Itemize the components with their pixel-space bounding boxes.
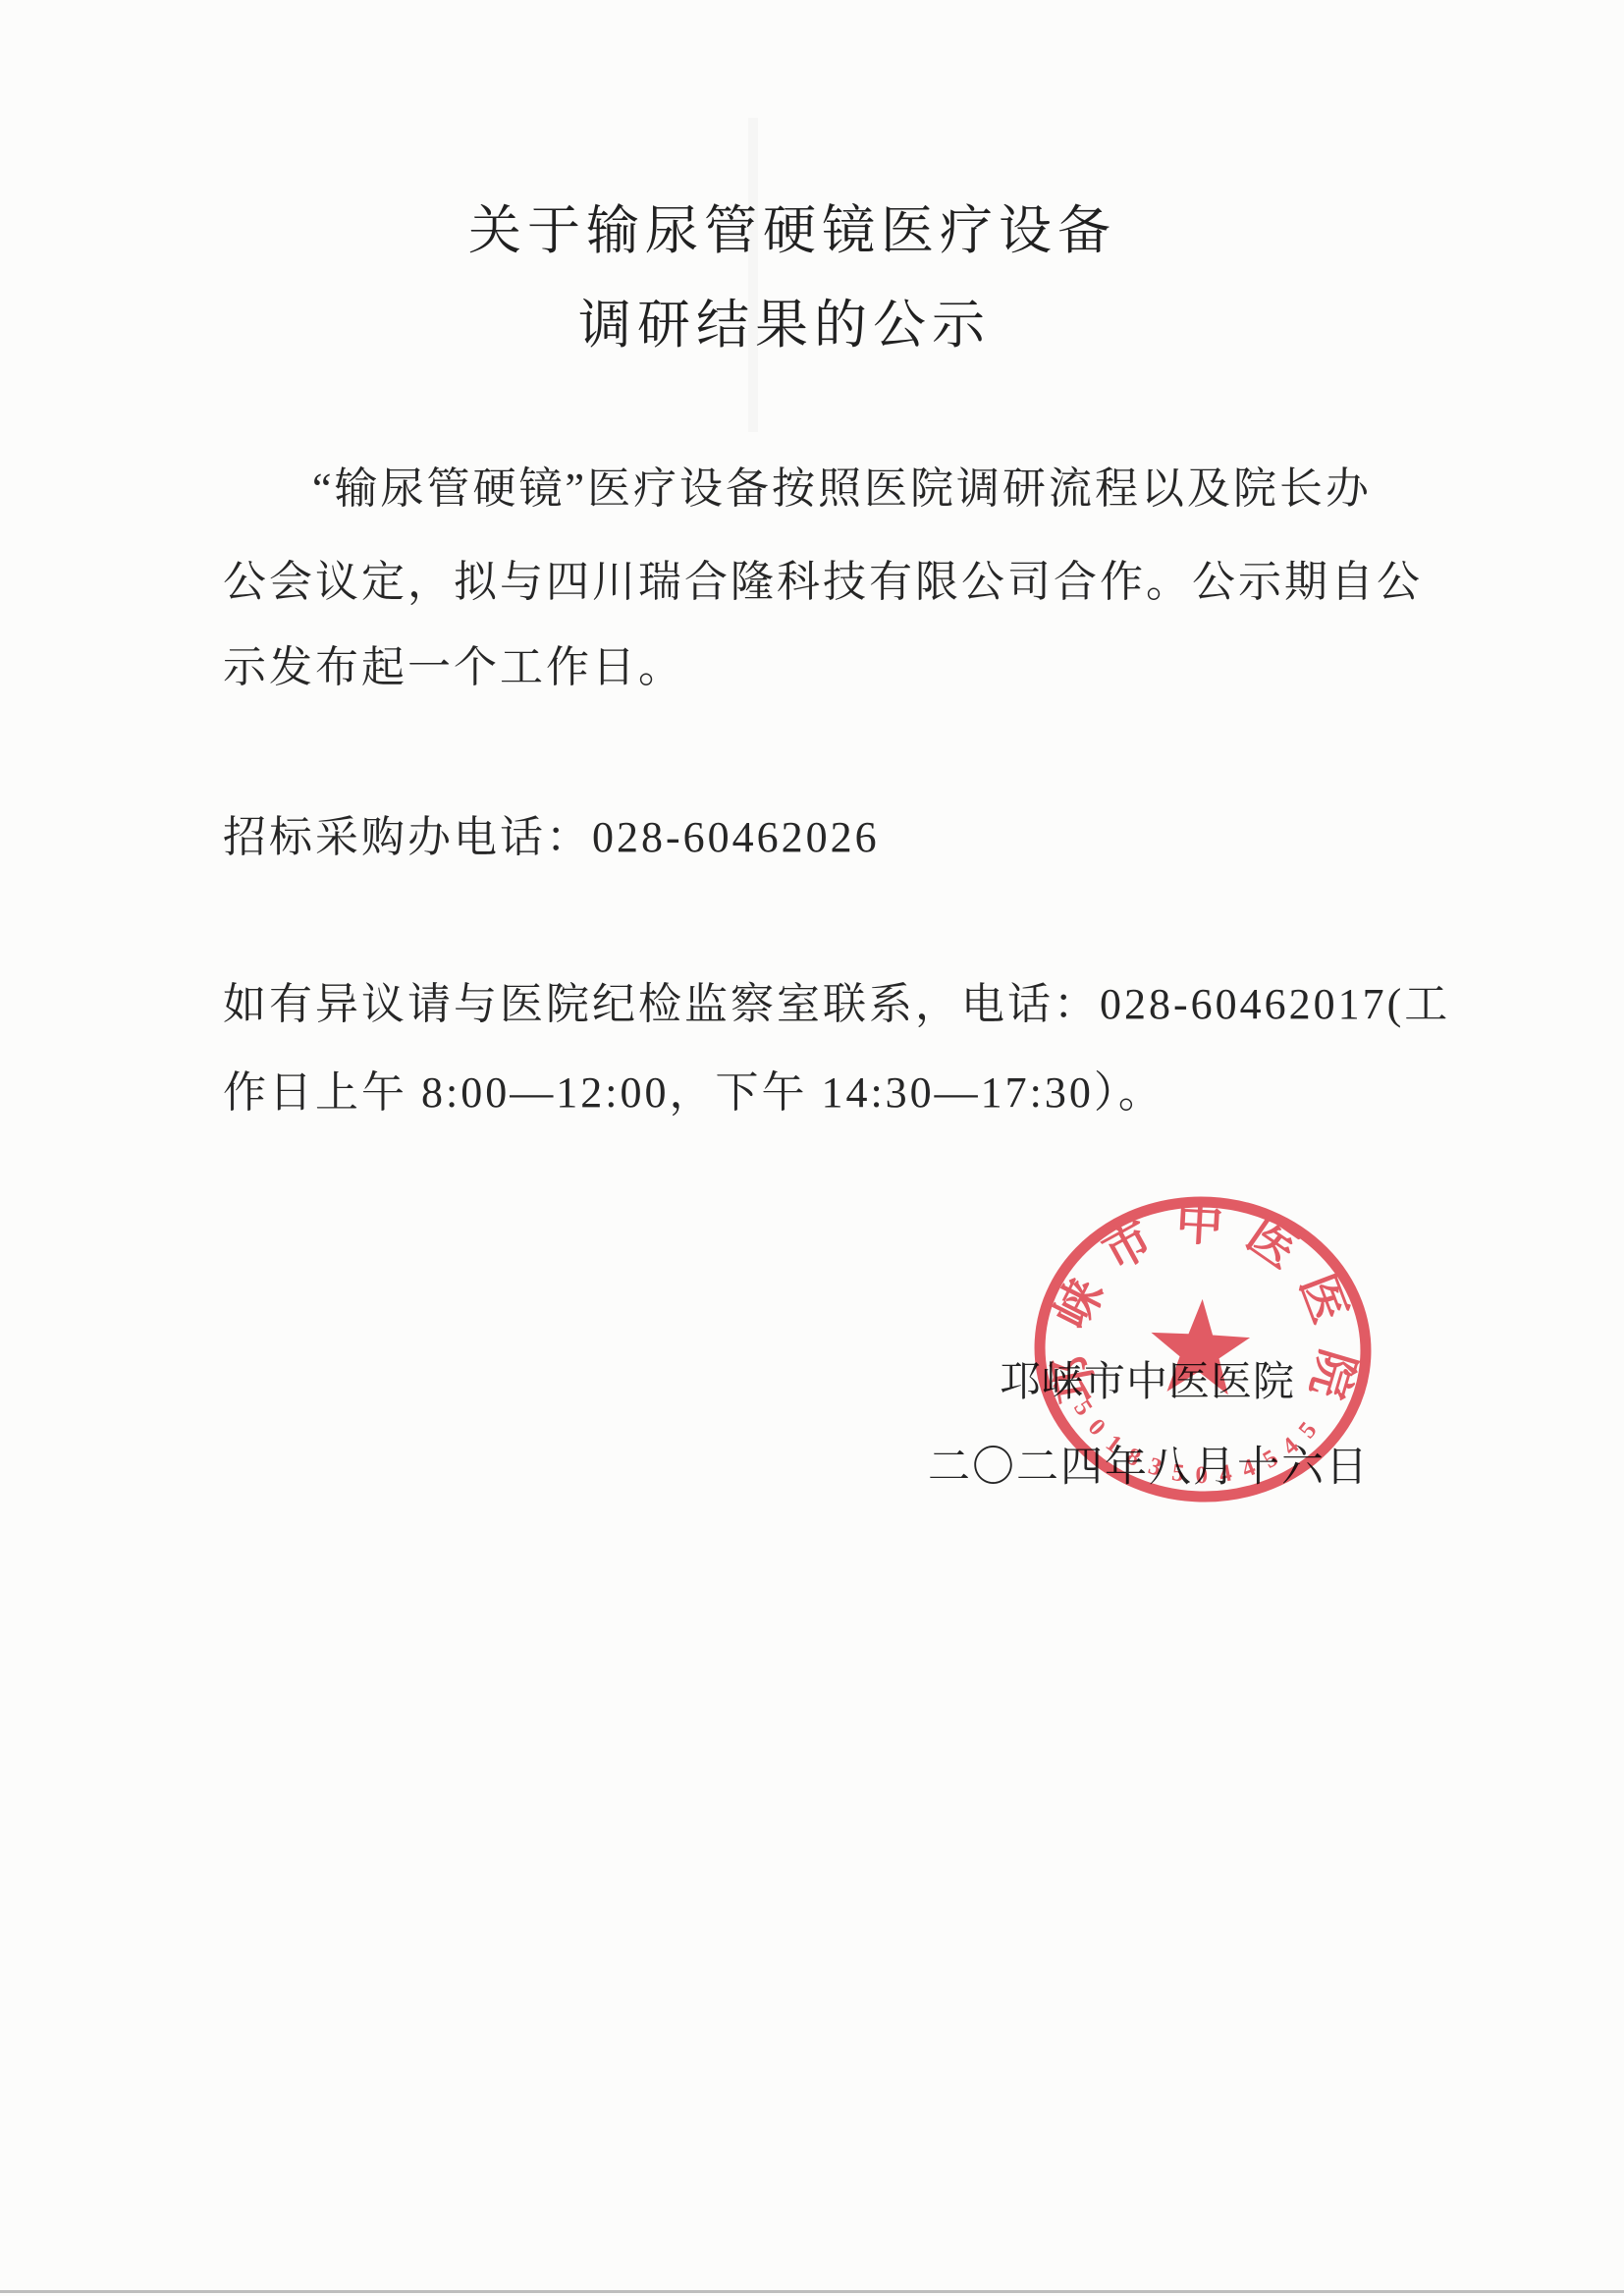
objection-contact-line-2: 作日上午 8:00—12:00，下午 14:30—17:30）。: [223, 1069, 1164, 1117]
notice-document-page: 关于输尿管硬镜医疗设备 调研结果的公示 “输尿管硬镜”医疗设备按照医院调研流程以…: [0, 0, 1624, 2296]
paragraph-line-3: 示发布起一个工作日。: [223, 644, 684, 691]
procurement-phone-line: 招标采购办电话：028-60462026: [223, 814, 880, 861]
signature-organization: 邛崃市中医医院: [1000, 1360, 1295, 1405]
signature-date: 二〇二四年八月十六日: [928, 1445, 1370, 1492]
document-title-line-2: 调研结果的公示: [578, 297, 991, 354]
paragraph-line-2: 公会议定，拟与四川瑞合隆科技有限公司合作。公示期自公: [223, 559, 1423, 606]
paragraph-line-1: “输尿管硬镜”医疗设备按照医院调研流程以及院长办: [312, 465, 1372, 513]
scan-artifact-line: [748, 118, 758, 432]
document-title-line-1: 关于输尿管硬镜医疗设备: [468, 202, 1116, 259]
objection-contact-line-1: 如有异议请与医院纪检监察室联系，电话：028-60462017(工: [223, 981, 1450, 1028]
page-bottom-edge: [0, 2290, 1624, 2293]
